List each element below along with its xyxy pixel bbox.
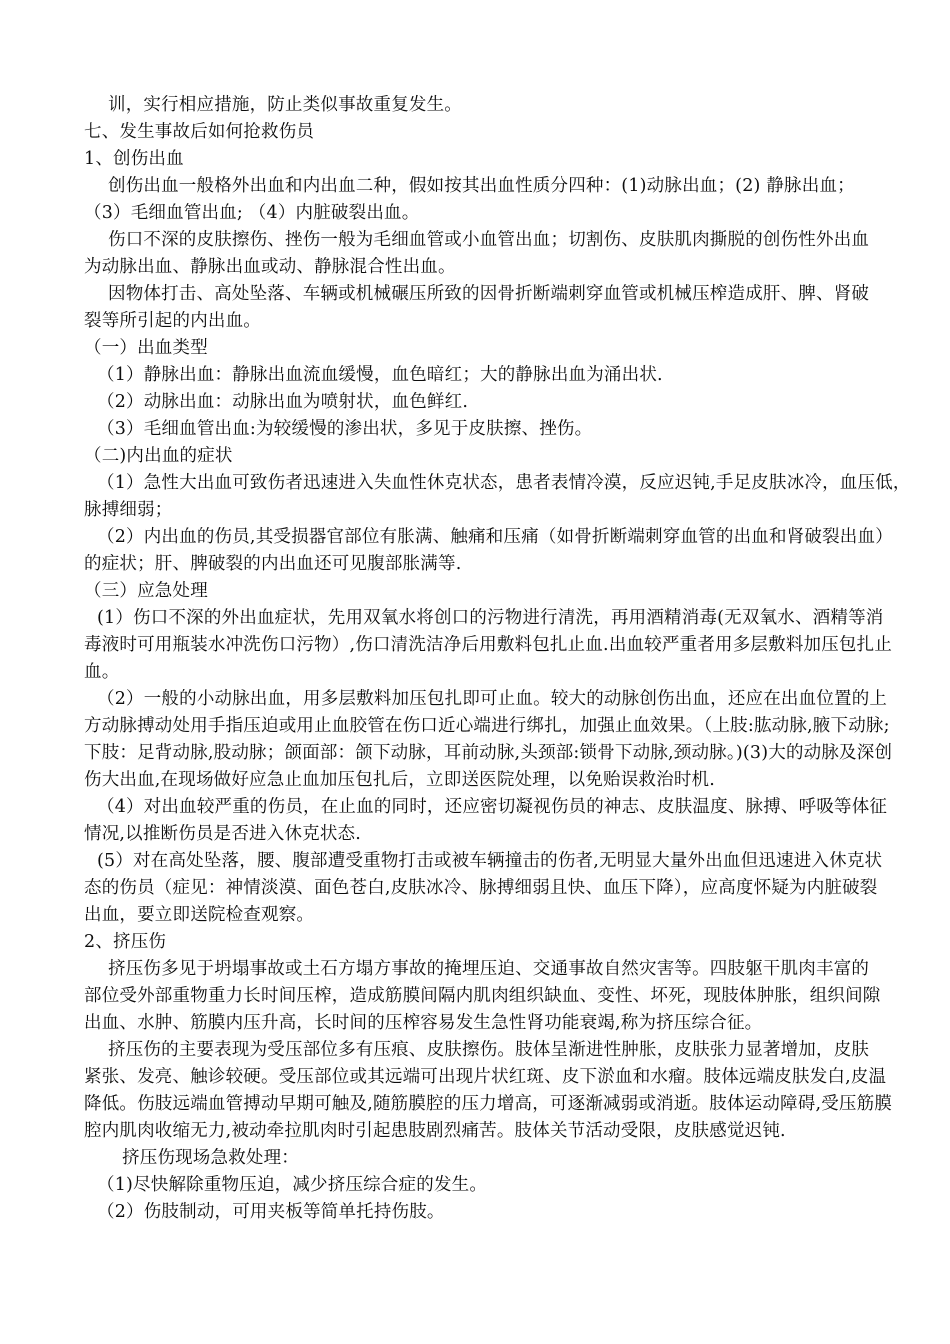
text-line: 方动脉搏动处用手指压迫或用止血胶管在伤口近心端进行绑扎，加强止血效果。（上肢:肱…: [84, 713, 878, 740]
text-line: （1)尽快解除重物压迫，减少挤压综合症的发生。: [84, 1172, 878, 1199]
text-line: 裂等所引起的内出血。: [84, 308, 878, 335]
text-line: 脉搏细弱；: [84, 497, 878, 524]
text-line: 伤口不深的皮肤擦伤、挫伤一般为毛细血管或小血管出血；切割伤、皮肤肌肉撕脱的创伤性…: [84, 227, 878, 254]
text-line: （一）出血类型: [84, 335, 878, 362]
text-line: (1）伤口不深的外出血症状，先用双氧水将创口的污物进行清洗，再用酒精消毒(无双氧…: [84, 605, 878, 632]
text-line: 情况,以推断伤员是否进入休克状态.: [84, 821, 878, 848]
text-line: 腔内肌肉收缩无力,被动牵拉肌肉时引起患肢剧烈痛苦。肢体关节活动受限，皮肤感觉迟钝…: [84, 1118, 878, 1145]
text-line: 因物体打击、高处坠落、车辆或机械碾压所致的因骨折断端刺穿血管或机械压榨造成肝、脾…: [84, 281, 878, 308]
text-line: 1、创伤出血: [84, 146, 878, 173]
text-line: （2）动脉出血：动脉出血为喷射状，血色鲜红.: [84, 389, 878, 416]
text-line: 训，实行相应措施，防止类似事故重复发生。: [84, 92, 878, 119]
text-line: 为动脉出血、静脉出血或动、静脉混合性出血。: [84, 254, 878, 281]
text-line: 态的伤员（症见：神情淡漠、面色苍白,皮肤冰冷、脉搏细弱且快、血压下降），应高度怀…: [84, 875, 878, 902]
text-line: 出血，要立即送院检查观察。: [84, 902, 878, 929]
text-line: 挤压伤的主要表现为受压部位多有压痕、皮肤擦伤。肢体呈渐进性肿胀，皮肤张力显著增加…: [84, 1037, 878, 1064]
text-line: 部位受外部重物重力长时间压榨，造成筋膜间隔内肌肉组织缺血、变性、坏死，现肢体肿胀…: [84, 983, 878, 1010]
text-line: 出血、水肿、筋膜内压升高，长时间的压榨容易发生急性肾功能衰竭,称为挤压综合征。: [84, 1010, 878, 1037]
text-line: 毒液时可用瓶装水冲洗伤口污物）,伤口清洗洁净后用敷料包扎止血.出血较严重者用多层…: [84, 632, 878, 659]
text-line: （1）急性大出血可致伤者迅速进入失血性休克状态，患者表情冷漠，反应迟钝,手足皮肤…: [84, 470, 878, 497]
document-page: 训，实行相应措施，防止类似事故重复发生。七、发生事故后如何抢救伤员1、创伤出血创…: [0, 0, 950, 1344]
text-line: (5）对在高处坠落，腰、腹部遭受重物打击或被车辆撞击的伤者,无明显大量外出血但迅…: [84, 848, 878, 875]
text-line: 七、发生事故后如何抢救伤员: [84, 119, 878, 146]
text-line: 血。: [84, 659, 878, 686]
text-line: 伤大出血,在现场做好应急止血加压包扎后，立即送医院处理，以免贻误救治时机.: [84, 767, 878, 794]
text-line: 的症状；肝、脾破裂的内出血还可见腹部胀满等.: [84, 551, 878, 578]
text-line: 紧张、发亮、触诊较硬。受压部位或其远端可出现片状红斑、皮下淤血和水瘤。肢体远端皮…: [84, 1064, 878, 1091]
text-line: （2）内出血的伤员,其受损器官部位有胀满、触痛和压痛（如骨折断端刺穿血管的出血和…: [84, 524, 878, 551]
text-line: 2、挤压伤: [84, 929, 878, 956]
text-line: （2）伤肢制动，可用夹板等简单托持伤肢。: [84, 1199, 878, 1226]
text-line: 降低。伤肢远端血管搏动早期可触及,随筋膜腔的压力增高，可逐渐减弱或消逝。肢体运动…: [84, 1091, 878, 1118]
text-line: （2）一般的小动脉出血，用多层敷料加压包扎即可止血。较大的动脉创伤出血，还应在出…: [84, 686, 878, 713]
document-body: 训，实行相应措施，防止类似事故重复发生。七、发生事故后如何抢救伤员1、创伤出血创…: [84, 92, 878, 1226]
text-line: （1）静脉出血：静脉出血流血缓慢，血色暗红；大的静脉出血为涌出状.: [84, 362, 878, 389]
text-line: （4）对出血较严重的伤员，在止血的同时，还应密切凝视伤员的神志、皮肤温度、脉搏、…: [84, 794, 878, 821]
text-line: （3）毛细血管出血; （4）内脏破裂出血。: [84, 200, 878, 227]
text-line: （三）应急处理: [84, 578, 878, 605]
text-line: 创伤出血一般格外出血和内出血二种，假如按其出血性质分四种：(1)动脉出血；(2)…: [84, 173, 878, 200]
text-line: 挤压伤现场急救处理：: [84, 1145, 878, 1172]
text-line: 下肢：足背动脉,股动脉；颌面部：颌下动脉，耳前动脉,头颈部:锁骨下动脉,颈动脉。…: [84, 740, 878, 767]
text-line: （3）毛细血管出血:为较缓慢的渗出状，多见于皮肤擦、挫伤。: [84, 416, 878, 443]
text-line: 挤压伤多见于坍塌事故或土石方塌方事故的掩埋压迫、交通事故自然灾害等。四肢躯干肌肉…: [84, 956, 878, 983]
text-line: （二)内出血的症状: [84, 443, 878, 470]
